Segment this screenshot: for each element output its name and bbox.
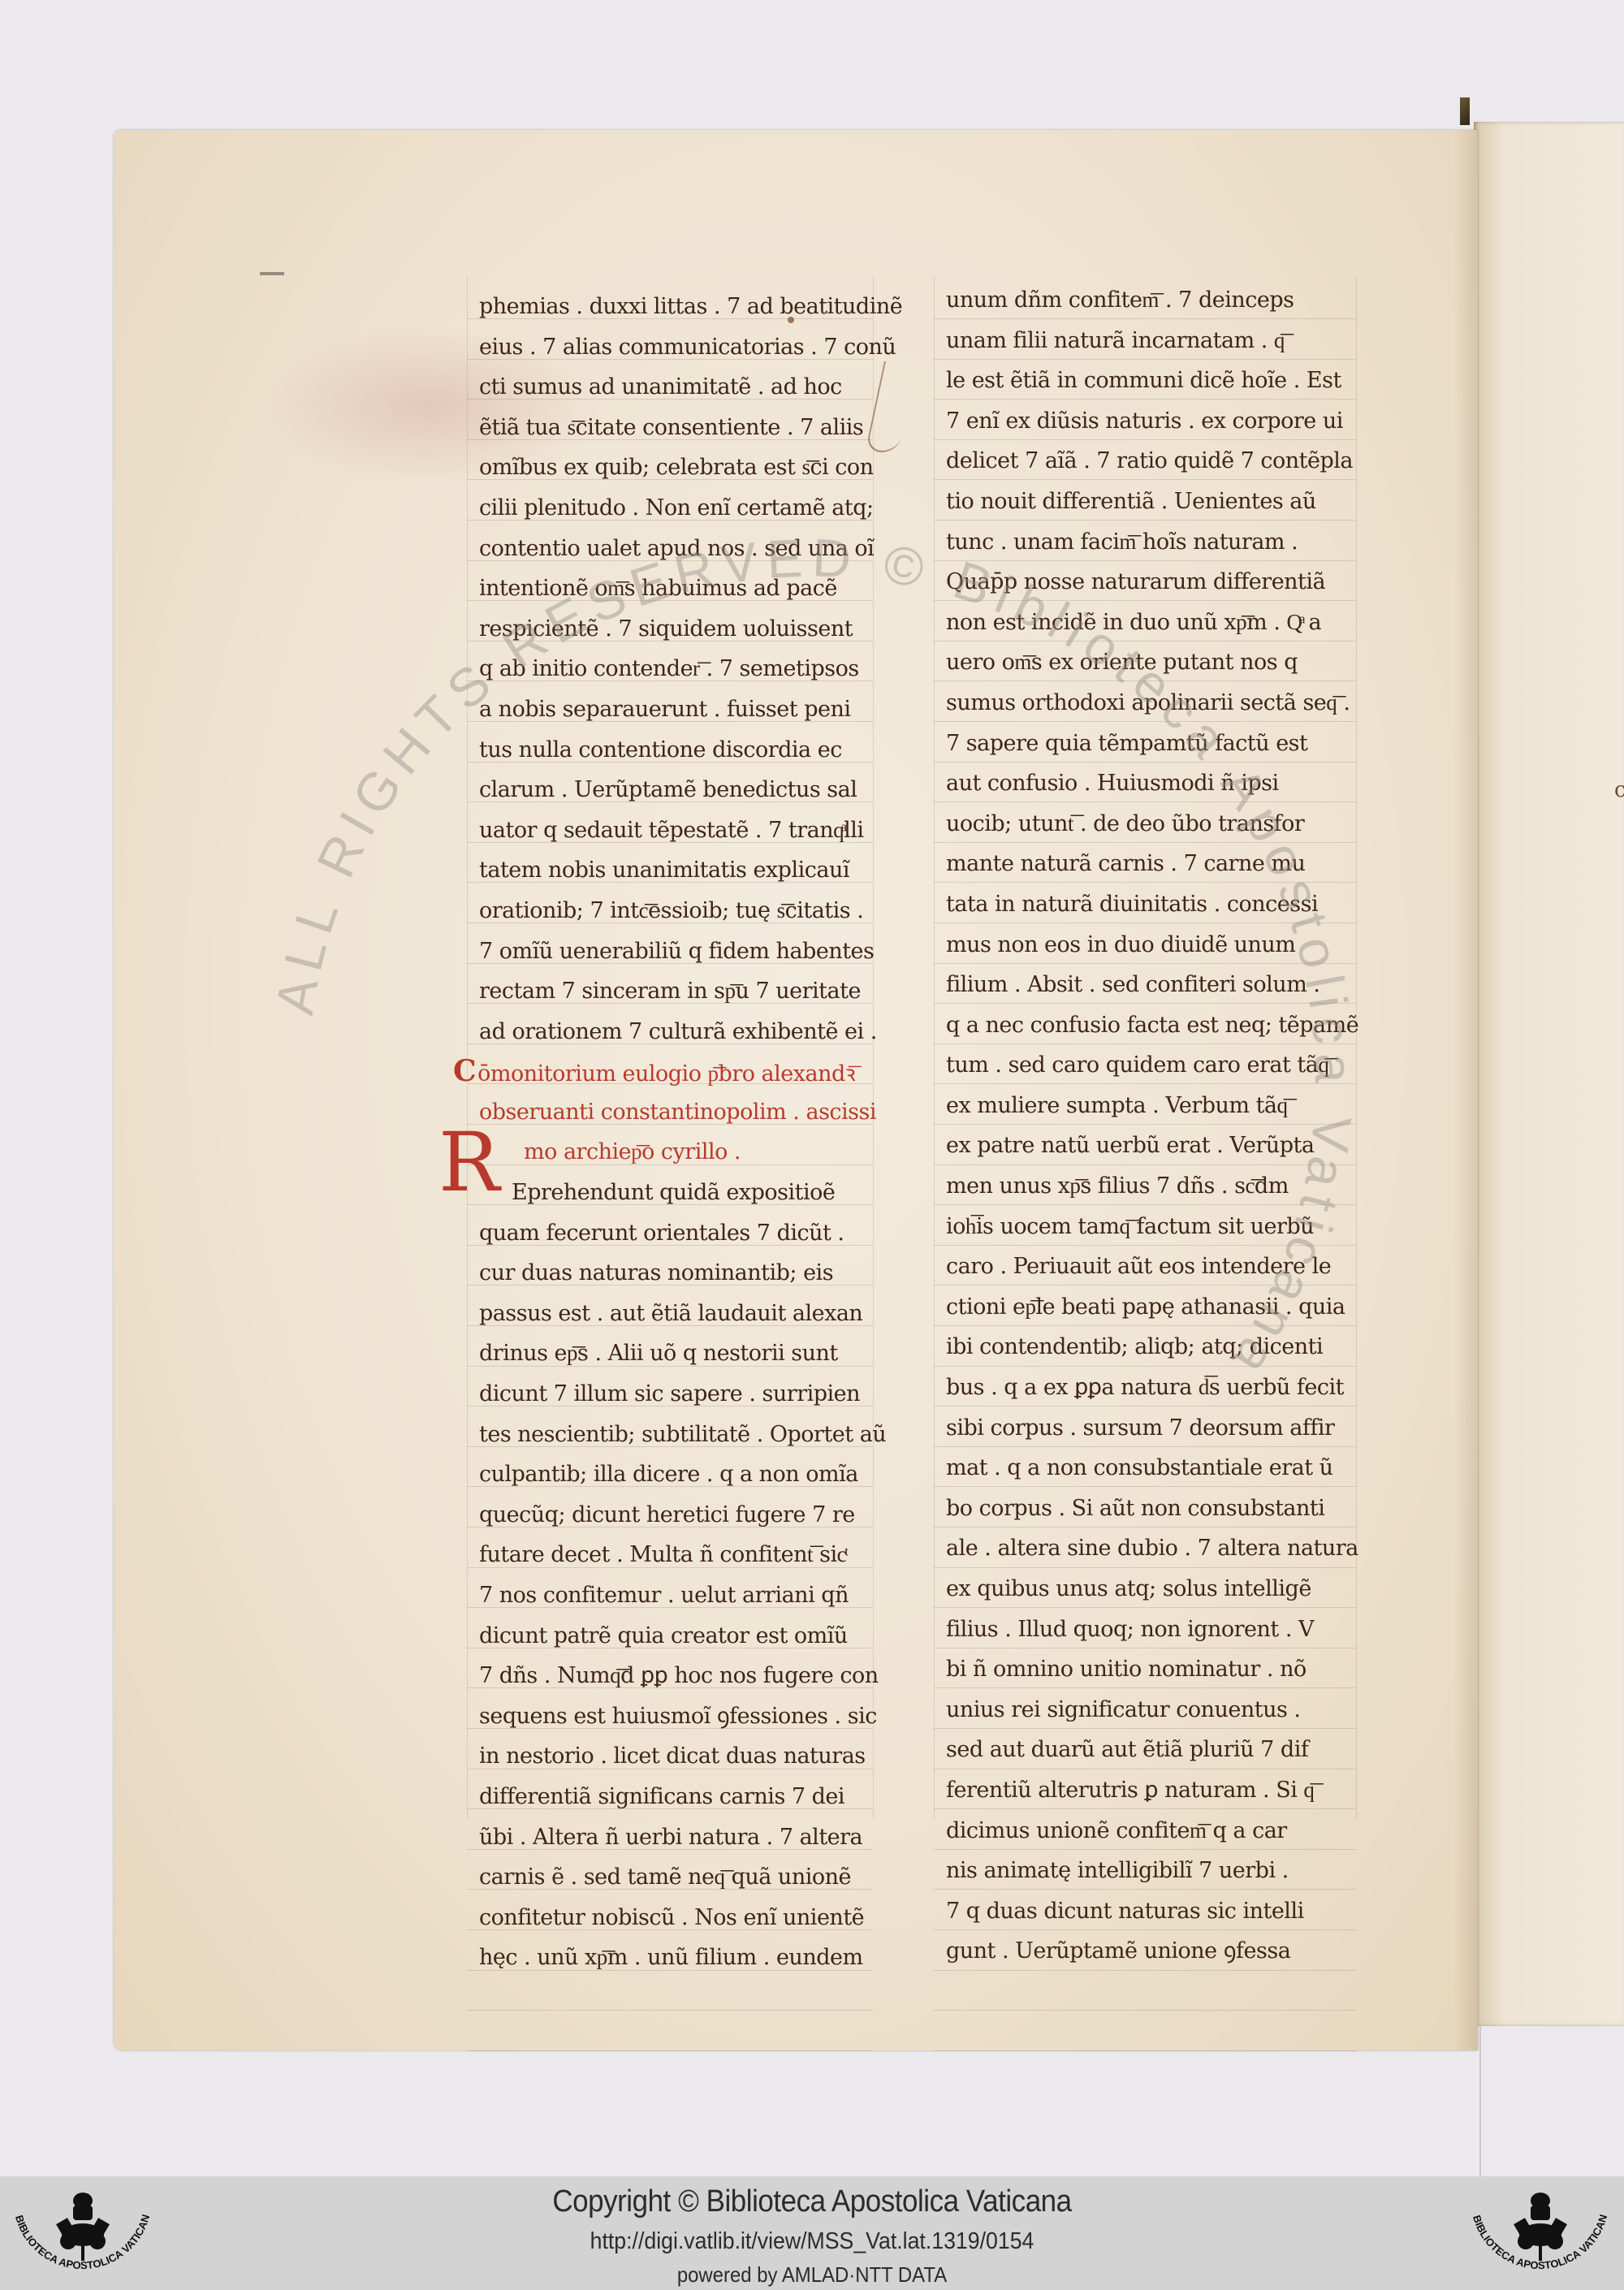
- manuscript-line: dicimus unionẽ confitem͞ q a car: [946, 1811, 1344, 1851]
- corner-mark: [260, 272, 284, 275]
- manuscript-line: ioh͞is uocem tamq͞ factum sit uerbũ: [946, 1207, 1344, 1247]
- manuscript-line: uocib; utunt͞ . de deo ũbo transfor: [946, 804, 1344, 845]
- manuscript-line: Eprehendunt quidã expositioẽ: [479, 1173, 877, 1213]
- decorated-initial: R: [438, 1122, 499, 1203]
- manuscript-line: unam filii naturã incarnatam . q͞: [946, 321, 1344, 361]
- manuscript-line: tunc . unam facim͞ hoĩs naturam .: [946, 522, 1344, 563]
- manuscript-line: 7 nos confitemur . uelut arriani qñ: [479, 1575, 877, 1616]
- manuscript-line: q ab initio contender͞ . 7 semetipsos: [479, 649, 877, 689]
- manuscript-line: ad orationem 7 culturã exhibentẽ ei .: [479, 1012, 877, 1052]
- manuscript-line: caro . Periuauit aũt eos intendere le: [946, 1247, 1344, 1287]
- manuscript-line: carnis ẽ . sed tamẽ neq͞ quã unionẽ: [479, 1857, 877, 1898]
- rubric-line-1: Cōmonitorium eulogio p͞bro alexandꝛ͞: [479, 1052, 877, 1092]
- rubric-line-3: mo archiep͞o cyrillo .: [479, 1132, 877, 1173]
- manuscript-line: le est ẽtiã in communi dicẽ hoĩe . Est: [946, 361, 1344, 401]
- manuscript-line: in nestorio . licet dicat duas naturas: [479, 1736, 877, 1777]
- ruling-vertical: [1356, 276, 1357, 1819]
- ruling-vertical: [934, 276, 935, 1819]
- manuscript-line: respicientẽ . 7 siquidem uoluissent: [479, 609, 877, 650]
- left-column-text-block-2: Eprehendunt quidã expositioẽquam fecerun…: [479, 1173, 877, 1978]
- powered-by-text: powered by AMLAD·NTT DATA: [65, 2262, 1559, 2288]
- right-column-text-block: unum dñm confitem͞ . 7 deincepsunam fili…: [946, 280, 1344, 1972]
- manuscript-line: ex patre natũ uerbũ erat . Verũpta: [946, 1126, 1344, 1166]
- manuscript-line: 7 omĩũ uenerabiliũ q fidem habentes: [479, 931, 877, 972]
- manuscript-line: cilii plenitudo . Non enĩ certamẽ atq;: [479, 488, 877, 529]
- manuscript-line: non est incidẽ in duo unũ xp͞m . Qͣ a: [946, 603, 1344, 643]
- manuscript-line: ctioni ep͞le beati papę athanasii . quia: [946, 1287, 1344, 1328]
- manuscript-line: rectam 7 sinceram in sp͞u 7 ueritate: [479, 971, 877, 1012]
- manuscript-line: eius . 7 alias communicatorias . 7 conũ: [479, 327, 877, 368]
- manuscript-line: dicunt patrẽ quia creator est omĩũ: [479, 1616, 877, 1657]
- manuscript-line: 7 q duas dicunt naturas sic intelli: [946, 1891, 1344, 1932]
- ruling-line: [934, 2050, 1356, 2051]
- manuscript-line: tata in naturã diuinitatis . concessi: [946, 884, 1344, 925]
- spine-line: [1479, 2026, 1481, 2176]
- manuscript-line: delicet 7 aĩã . 7 ratio quidẽ 7 contẽpla: [946, 441, 1344, 482]
- manuscript-line: confitetur nobiscũ . Nos enĩ unientẽ: [479, 1898, 877, 1938]
- left-column-text-block: phemias . duxxi littas . 7 ad beatitudin…: [479, 287, 877, 1052]
- manuscript-line: a nobis separauerunt . fuisset peni: [479, 689, 877, 730]
- rubric-text: ōmonitorium eulogio p͞bro alexandꝛ͞: [477, 1061, 855, 1087]
- manuscript-line: quam fecerunt orientales 7 dicũt .: [479, 1213, 877, 1254]
- manuscript-viewer: c phemias . duxxi littas . 7 ad beatitud…: [0, 0, 1624, 2176]
- facing-page-letter: c: [1614, 778, 1624, 802]
- manuscript-line: omĩbus ex quib; celebrata est s͞ci con: [479, 447, 877, 488]
- manuscript-line: bo corpus . Si aũt non consubstanti: [946, 1488, 1344, 1529]
- manuscript-line: hęc . unũ xp͞m . unũ filium . eundem: [479, 1938, 877, 1978]
- manuscript-line: filium . Absit . sed confiteri solum .: [946, 965, 1344, 1005]
- manuscript-line: cur duas naturas nominantib; eis: [479, 1253, 877, 1294]
- manuscript-line: mus non eos in duo diuidẽ unum: [946, 925, 1344, 966]
- manuscript-line: orationib; 7 intc͞essioib; tuę s͞citatis…: [479, 891, 877, 931]
- manuscript-line: unum dñm confitem͞ . 7 deinceps: [946, 280, 1344, 321]
- footer-bar: BIBLIOTECA APOSTOLICA VATICANA Copyright…: [0, 2176, 1624, 2290]
- manuscript-url-link[interactable]: http://digi.vatlib.it/view/MSS_Vat.lat.1…: [65, 2228, 1559, 2255]
- manuscript-line: filius . Illud quoq; non ignorent . V: [946, 1609, 1344, 1650]
- manuscript-line: men unus xp͞s filius 7 dñs . sc͞dm: [946, 1166, 1344, 1207]
- manuscript-line: sed aut duarũ aut ẽtiã pluriũ 7 dif: [946, 1730, 1344, 1770]
- manuscript-line: 7 enĩ ex diũsis naturis . ex corpore ui: [946, 401, 1344, 442]
- manuscript-line: bi ñ omnino unitio nominatur . nõ: [946, 1649, 1344, 1690]
- manuscript-line: tus nulla contentione discordia ec: [479, 730, 877, 771]
- manuscript-line: mat . q a non consubstantiale erat ũ: [946, 1448, 1344, 1488]
- manuscript-line: phemias . duxxi littas . 7 ad beatitudin…: [479, 287, 877, 327]
- manuscript-line: ibi contendentib; aliqb; atq; dicenti: [946, 1327, 1344, 1368]
- manuscript-line: dicunt 7 illum sic sapere . surripien: [479, 1374, 877, 1415]
- spine-tab: [1460, 97, 1470, 125]
- ruling-line: [467, 2010, 873, 2011]
- manuscript-line: clarum . Uerũptamẽ benedictus sal: [479, 770, 877, 810]
- manuscript-line: culpantib; illa dicere . q a non omĩa: [479, 1454, 877, 1495]
- manuscript-line: intentionẽ om͞s habuimus ad pacẽ: [479, 568, 877, 609]
- ruling-vertical: [467, 276, 468, 1819]
- left-column-after-rubric: R Eprehendunt quidã expositioẽquam fecer…: [479, 1173, 877, 1978]
- manuscript-line: 7 dñs . Numq͞d ꝑꝑ hoc nos fugere con: [479, 1656, 877, 1696]
- text-column-right: unum dñm confitem͞ . 7 deincepsunam fili…: [946, 280, 1344, 1972]
- manuscript-line: cti sumus ad unanimitatẽ . ad hoc: [479, 367, 877, 408]
- manuscript-line: nis animatę intelligibilĩ 7 uerbi .: [946, 1851, 1344, 1891]
- manuscript-line: sequens est huiusmoĩ ꝯfessiones . sic: [479, 1696, 877, 1737]
- manuscript-line: aut confusio . Huiusmodi ñ ipsi: [946, 763, 1344, 804]
- manuscript-line: mante naturã carnis . 7 carne mu: [946, 844, 1344, 884]
- manuscript-line: sumus orthodoxi apolinarii sectã seq͞ .: [946, 683, 1344, 724]
- manuscript-line: ex muliere sumpta . Verbum tãq͞: [946, 1086, 1344, 1126]
- text-column-left: phemias . duxxi littas . 7 ad beatitudin…: [479, 287, 877, 1978]
- manuscript-line: Quap̄p nosse naturarum differentiã: [946, 562, 1344, 603]
- manuscript-line: uator q sedauit tẽpestatẽ . 7 tranqͣlli: [479, 810, 877, 851]
- manuscript-line: ferentiũ alterutris ꝑ naturam . Si q͞: [946, 1770, 1344, 1811]
- manuscript-line: bus . q a ex ꝑꝑa natura d͞s uerbũ fecit: [946, 1368, 1344, 1408]
- manuscript-line: q a nec confusio facta est neq; tẽpamẽ: [946, 1005, 1344, 1046]
- manuscript-line: ũbi . Altera ñ uerbi natura . 7 altera: [479, 1817, 877, 1858]
- rubric-initial: C: [453, 1054, 476, 1088]
- manuscript-line: tum . sed caro quidem caro erat tãq͞: [946, 1045, 1344, 1086]
- manuscript-line: quecũq; dicunt heretici fugere 7 re: [479, 1495, 877, 1536]
- vatican-library-logo-icon: BIBLIOTECA APOSTOLICA VATICANA: [1458, 2184, 1620, 2290]
- rubric-line-2: obseruanti constantinopolim . ascissi: [479, 1092, 877, 1133]
- copyright-text: Copyright © Biblioteca Apostolica Vatica…: [65, 2184, 1559, 2219]
- manuscript-line: contentio ualet apud nos . sed una oĩ: [479, 529, 877, 569]
- manuscript-line: futare decet . Multa ñ confitent͞ sicͭ: [479, 1535, 877, 1575]
- manuscript-line: gunt . Uerũptamẽ unione ꝯfessa: [946, 1931, 1344, 1972]
- ruling-line: [467, 2050, 873, 2051]
- manuscript-line: unius rei significatur conuentus .: [946, 1690, 1344, 1730]
- manuscript-line: tatem nobis unanimitatis explicauĩ: [479, 850, 877, 891]
- manuscript-line: ale . altera sine dubio . 7 altera natur…: [946, 1528, 1344, 1569]
- manuscript-line: uero om͞s ex oriente putant nos q: [946, 642, 1344, 683]
- manuscript-line: ex quibus unus atq; solus intelligẽ: [946, 1569, 1344, 1609]
- manuscript-line: passus est . aut ẽtiã laudauit alexan: [479, 1294, 877, 1334]
- manuscript-line: tio nouit differentiã . Uenientes aũ: [946, 482, 1344, 522]
- manuscript-line: ẽtiã tua s͞citate consentiente . 7 aliis: [479, 408, 877, 448]
- manuscript-line: differentiã significans carnis 7 dei: [479, 1777, 877, 1817]
- manuscript-line: 7 sapere quia tẽmpamtũ factũ est: [946, 724, 1344, 764]
- manuscript-line: sibi corpus . sursum 7 deorsum affir: [946, 1408, 1344, 1449]
- ruling-line: [934, 2010, 1356, 2011]
- manuscript-line: tes nescientib; subtilitatẽ . Oportet aũ: [479, 1415, 877, 1455]
- facing-page: [1474, 122, 1624, 2026]
- manuscript-line: drinus ep͞s . Alii uõ q nestorii sunt: [479, 1333, 877, 1374]
